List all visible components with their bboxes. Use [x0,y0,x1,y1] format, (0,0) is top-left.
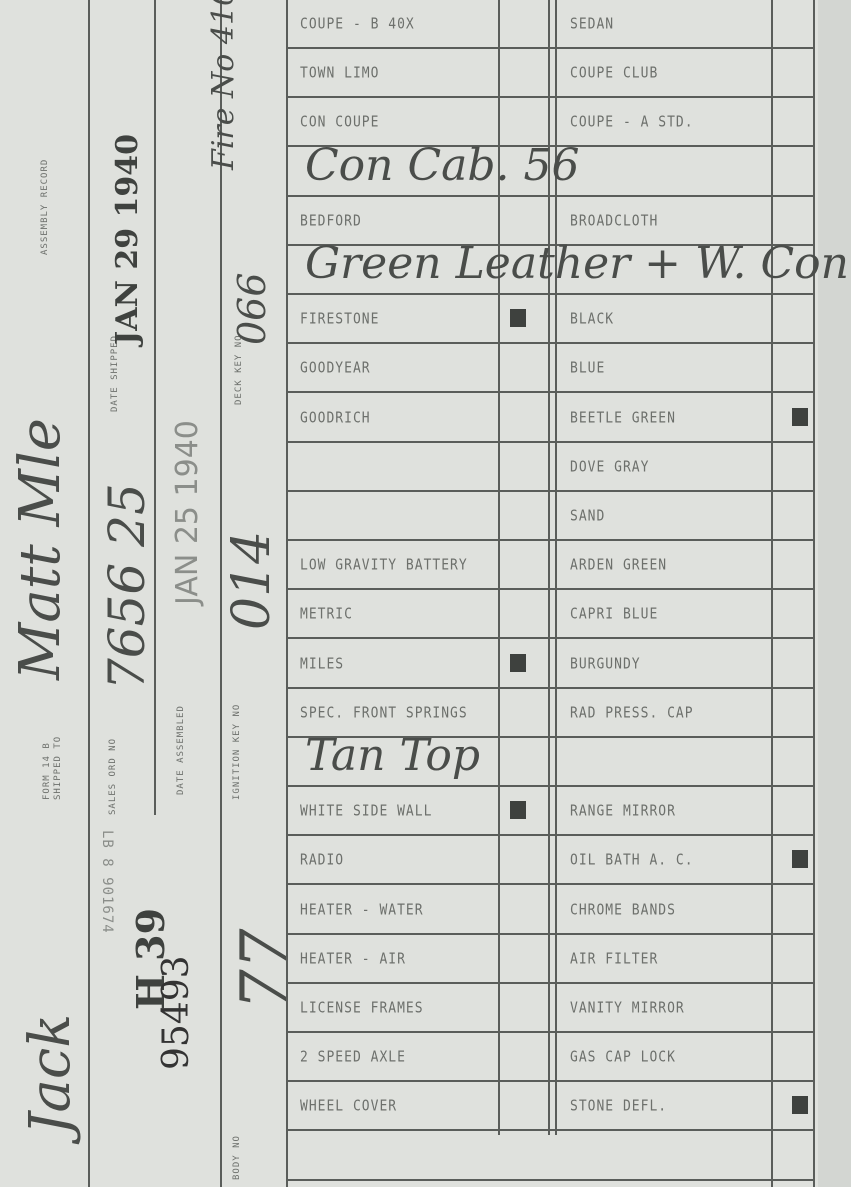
table-row: RADIOOIL BATH A. C. [0,836,851,884]
option-right: ARDEN GREEN [570,557,667,574]
option-right: COUPE - A STD. [570,114,694,131]
option-right: SEDAN [570,16,614,33]
date-shipped-label: DATE SHIPPED [110,335,121,412]
option-right: BLUE [570,360,605,377]
check-mark-icon [792,1096,808,1114]
option-right: AIR FILTER [570,951,658,968]
check-mark-icon [510,309,526,327]
signature-handwriting: Jack [18,1014,83,1135]
option-left: HEATER - AIR [300,951,406,968]
date-assembled-label: DATE ASSEMBLED [176,705,187,795]
option-right: RANGE MIRROR [570,803,676,820]
record-card: COUPE - B 40XSEDANTOWN LIMOCOUPE CLUBCON… [0,0,851,1187]
option-left: RADIO [300,852,344,869]
option-left: COUPE - B 40X [300,16,415,33]
option-right: GAS CAP LOCK [570,1049,676,1066]
option-left: MILES [300,656,344,673]
deck-key-handwriting: 066 [230,272,274,345]
option-left: LOW GRAVITY BATTERY [300,557,468,574]
printed-code: LB 8 901674 [101,830,112,934]
option-left: WHITE SIDE WALL [300,803,432,820]
option-right: BROADCLOTH [570,213,658,230]
option-right: BURGUNDY [570,656,641,673]
ignition-key-label: IGNITION KEY NO [232,704,243,800]
table-row: GOODRICHBEETLE GREEN [0,394,851,442]
sales-ord-handwriting: 7656 25 [98,483,156,690]
date-assembled-stamp: JAN 25 1940 [170,420,205,605]
option-left: GOODRICH [300,410,371,427]
table-row: Tan Top [0,738,851,786]
option-right: DOVE GRAY [570,459,649,476]
option-left: SPEC. FRONT SPRINGS [300,705,468,722]
option-left: METRIC [300,606,353,623]
check-mark-icon [792,850,808,868]
option-left: CON COUPE [300,114,379,131]
option-right: CHROME BANDS [570,902,676,919]
option-left: 2 SPEED AXLE [300,1049,406,1066]
option-left: HEATER - WATER [300,902,424,919]
sales-ord-label: SALES ORD NO [108,738,119,815]
form-label: FORM 14 BSHIPPED TO [42,736,64,800]
option-right: BEETLE GREEN [570,410,676,427]
option-right: CAPRI BLUE [570,606,658,623]
handwritten-note: Con Cab. 56 [305,140,580,191]
table-row: TOWN LIMOCOUPE CLUB [0,49,851,97]
top-note-handwriting: Fire No 410 [206,0,241,170]
option-left: TOWN LIMO [300,65,379,82]
option-right: BLACK [570,311,614,328]
option-left: BEDFORD [300,213,362,230]
handwritten-note: Green Leather + W. Con [305,238,849,289]
check-mark-icon [510,654,526,672]
option-left: GOODYEAR [300,360,371,377]
shipped-to-handwriting: Matt Mle [8,418,73,680]
table-row: GOODYEARBLUE [0,344,851,392]
check-mark-icon [792,408,808,426]
body-no-handwriting: 77 [228,929,302,1010]
check-mark-icon [510,801,526,819]
table-row [0,1132,851,1180]
serial-number-stamp: 95493 [156,955,197,1070]
table-row: COUPE - B 40XSEDAN [0,0,851,48]
handwritten-note: Tan Top [305,730,480,781]
option-right: VANITY MIRROR [570,1000,685,1017]
option-right: OIL BATH A. C. [570,852,694,869]
body-no-label: BODY NO [232,1135,243,1180]
option-right: RAD PRESS. CAP [570,705,694,722]
option-right: COUPE CLUB [570,65,658,82]
option-left: LICENSE FRAMES [300,1000,424,1017]
option-left: WHEEL COVER [300,1098,397,1115]
option-right: STONE DEFL. [570,1098,667,1115]
table-row: WHITE SIDE WALLRANGE MIRROR [0,787,851,835]
record-label: ASSEMBLY RECORD [40,159,51,255]
ignition-key-handwriting: 014 [222,531,282,630]
table-row: WHEEL COVERSTONE DEFL. [0,1082,851,1130]
table-row: 2 SPEED AXLEGAS CAP LOCK [0,1033,851,1081]
option-left: FIRESTONE [300,311,379,328]
option-right: SAND [570,508,605,525]
date-shipped-stamp: JAN 29 1940 [110,134,145,345]
